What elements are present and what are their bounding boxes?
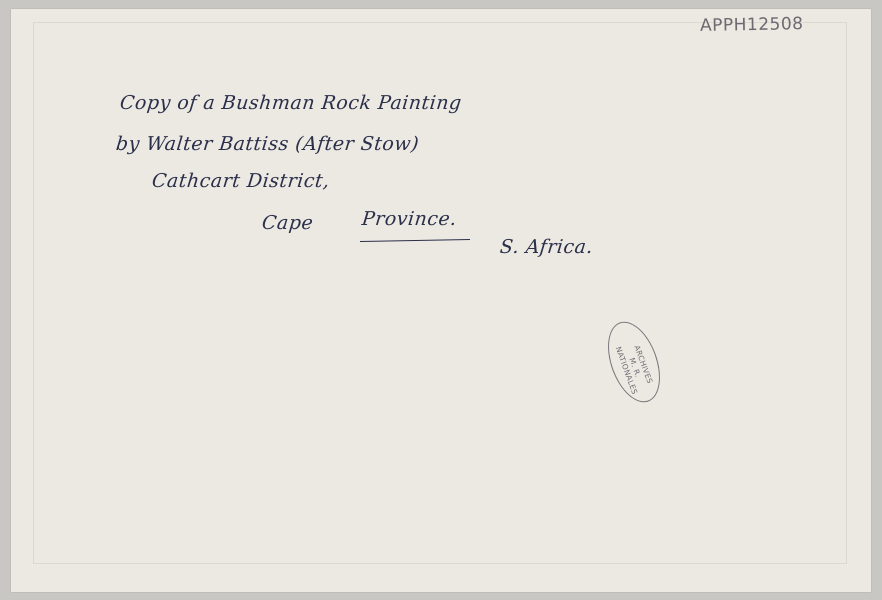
inscription-line-4-cape: Cape xyxy=(261,212,315,234)
inscription-line-4-province: Province. xyxy=(361,208,458,230)
inscription-line-3: Cathcart District, xyxy=(151,170,331,192)
accession-number: APPH12508 xyxy=(700,14,804,36)
inscription-line-2: by Walter Battiss (After Stow) xyxy=(115,133,420,155)
archives-stamp: ARCHIVES M. R. NATIONALES xyxy=(595,318,675,408)
inscription-line-5: S. Africa. xyxy=(499,236,594,258)
inscription-line-1: Copy of a Bushman Rock Painting xyxy=(119,92,463,114)
